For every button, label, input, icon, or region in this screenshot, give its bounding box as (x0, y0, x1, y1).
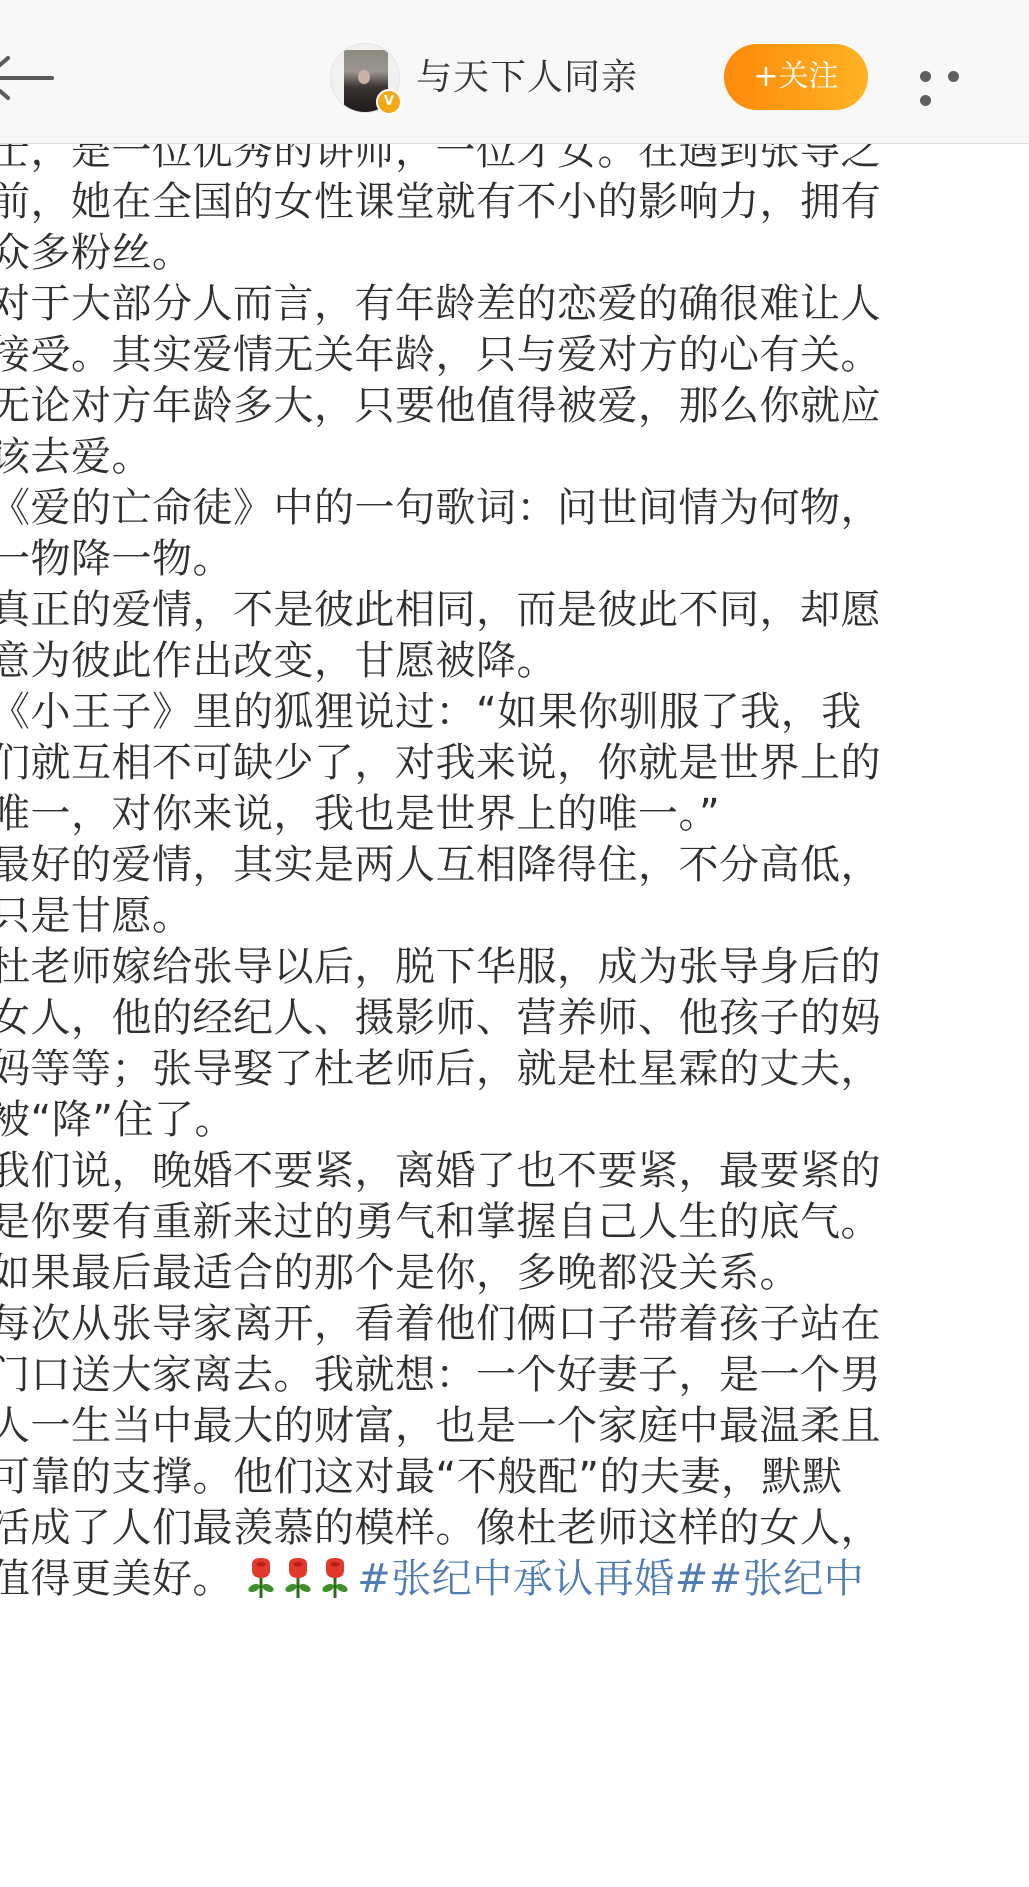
arrow-left-icon (0, 48, 60, 108)
post-text-line: 可靠的支撑。他们这对最“不般配”的夫妻，默默 (0, 1452, 1000, 1503)
post-text-ending: 值得更美好。 (0, 1556, 233, 1602)
ellipsis-icon-dot (948, 71, 959, 82)
username[interactable]: 与天下人同亲 (416, 55, 638, 101)
post-text-line: 接受。其实爱情无关年龄，只与爱对方的心有关。 (0, 330, 1000, 381)
post-text-line: 一物降一物。 (0, 534, 1000, 585)
post-text-line: 活成了人们最羡慕的模样。像杜老师这样的女人， (0, 1503, 1000, 1554)
back-button[interactable] (0, 48, 60, 108)
ellipsis-icon-dot (920, 71, 931, 82)
post-text-line: 《爱的亡命徒》中的一句歌词：问世间情为何物， (0, 483, 1000, 534)
post-text-line: 意为彼此作出改变，甘愿被降。 (0, 636, 1000, 687)
post-text-line: 妈等等；张导娶了杜老师后，就是杜星霖的丈夫， (0, 1044, 1000, 1095)
post-text-line: 被“降”住了。 (0, 1095, 1000, 1146)
post-text-line: 女人，他的经纪人、摄影师、营养师、他孩子的妈 (0, 993, 1000, 1044)
post-text-line: 每次从张导家离开，看着他们俩口子带着孩子站在 (0, 1299, 1000, 1350)
follow-button[interactable]: +关注 (724, 44, 868, 110)
post-text-line: 前，她在全国的女性课堂就有不小的影响力，拥有 (0, 177, 1000, 228)
post-text-line: 如果最后最适合的那个是你，多晚都没关系。 (0, 1248, 1000, 1299)
post-content: 士，是一位优秀的讲师，一位才女。在遇到张导之 前，她在全国的女性课堂就有不小的影… (0, 126, 1000, 1605)
post-text-line: 是你要有重新来过的勇气和掌握自己人生的底气。 (0, 1197, 1000, 1248)
post-text-line: 无论对方年龄多大，只要他值得被爱，那么你就应 (0, 381, 1000, 432)
post-text-line: 我们说，晚婚不要紧，离婚了也不要紧，最要紧的 (0, 1146, 1000, 1197)
more-options-button[interactable] (920, 62, 1000, 92)
post-text-line: 唯一，对你来说，我也是世界上的唯一。” (0, 789, 1000, 840)
post-text-line: 只是甘愿。 (0, 891, 1000, 942)
post-text-last-line: 值得更美好。 #张纪中承认再婚##张纪中 (0, 1554, 1000, 1605)
verified-badge-icon: V (376, 89, 402, 115)
hashtag-link[interactable]: #张纪中 (709, 1556, 865, 1602)
post-text-line: 《小王子》里的狐狸说过：“如果你驯服了我，我 (0, 687, 1000, 738)
rose-emoji-icon (246, 1556, 276, 1600)
post-text-line: 门口送大家离去。我就想：一个好妻子，是一个男 (0, 1350, 1000, 1401)
post-text-line: 该去爱。 (0, 432, 1000, 483)
post-text-line: 对于大部分人而言，有年龄差的恋爱的确很难让人 (0, 279, 1000, 330)
post-text-line: 杜老师嫁给张导以后，脱下华服，成为张导身后的 (0, 942, 1000, 993)
post-text-line: 们就互相不可缺少了，对我来说，你就是世界上的 (0, 738, 1000, 789)
post-text-line: 人一生当中最大的财富，也是一个家庭中最温柔且 (0, 1401, 1000, 1452)
user-avatar[interactable]: V (330, 43, 400, 113)
ellipsis-icon-dot (920, 95, 931, 106)
top-nav-bar: V 与天下人同亲 +关注 (0, 0, 1029, 144)
rose-emoji-icon (283, 1556, 313, 1600)
rose-emoji-icon (320, 1556, 350, 1600)
post-text-line: 真正的爱情，不是彼此相同，而是彼此不同，却愿 (0, 585, 1000, 636)
post-text-line: 众多粉丝。 (0, 228, 1000, 279)
post-text-line: 最好的爱情，其实是两人互相降得住，不分高低， (0, 840, 1000, 891)
hashtag-link[interactable]: #张纪中承认再婚# (357, 1556, 709, 1602)
